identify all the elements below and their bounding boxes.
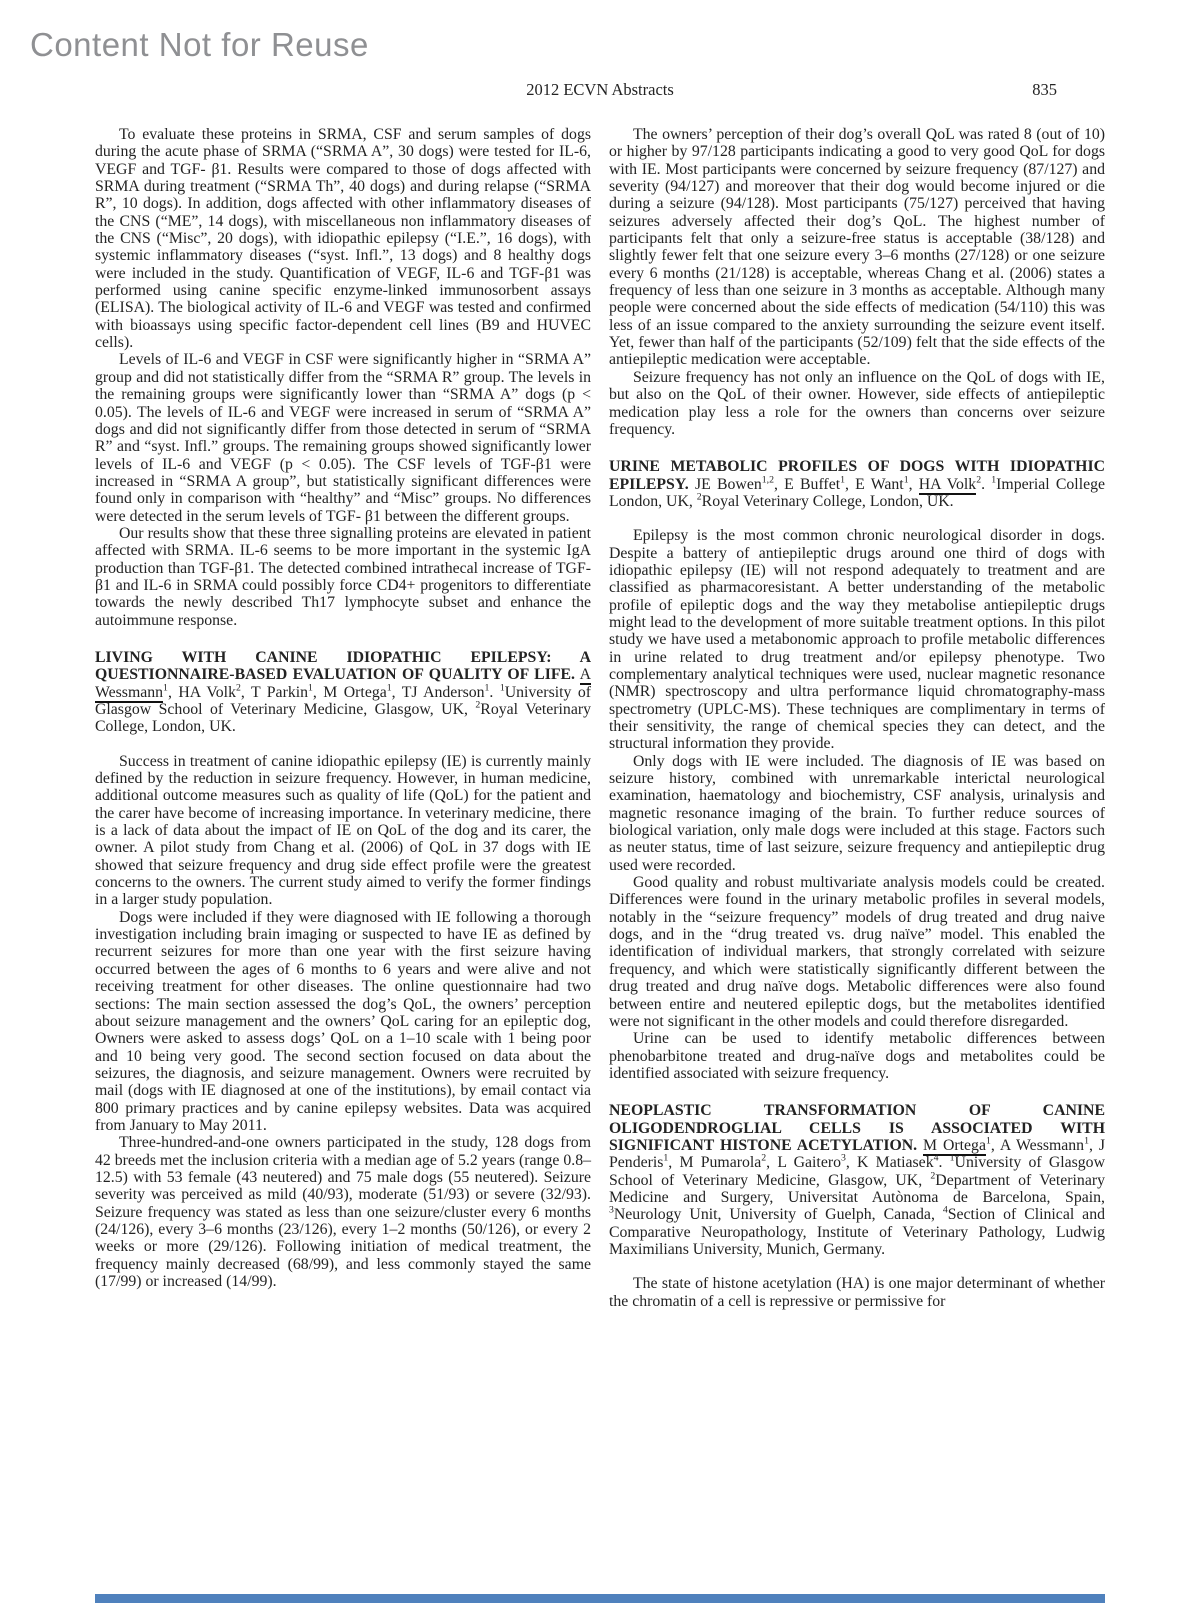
two-column-content: To evaluate these proteins in SRMA, CSF … <box>95 126 1105 1310</box>
page: { "watermark": "Content Not for Reuse", … <box>0 0 1200 1605</box>
paragraph: Dogs were included if they were diagnose… <box>95 909 591 1134</box>
page-number: 835 <box>1032 80 1057 100</box>
paragraph: Good quality and robust multivariate ana… <box>609 874 1105 1030</box>
abstract-heading: LIVING WITH CANINE IDIOPATHIC EPILEPSY: … <box>95 649 591 736</box>
paragraph: Only dogs with IE were included. The dia… <box>609 753 1105 874</box>
paragraph: To evaluate these proteins in SRMA, CSF … <box>95 126 591 351</box>
abstract-heading: NEOPLASTIC TRANSFORMATION OF CANINE OLIG… <box>609 1102 1105 1258</box>
paragraph: Levels of IL-6 and VEGF in CSF were sign… <box>95 351 591 524</box>
watermark-text: Content Not for Reuse <box>30 26 369 64</box>
page-header: 2012 ECVN Abstracts 835 <box>95 80 1105 100</box>
journal-title: 2012 ECVN Abstracts <box>95 80 1105 100</box>
paragraph: Our results show that these three signal… <box>95 525 591 629</box>
paragraph: Urine can be used to identify metabolic … <box>609 1030 1105 1082</box>
column-right: The owners’ perception of their dog’s ov… <box>609 126 1105 1310</box>
abstract-heading: URINE METABOLIC PROFILES OF DOGS WITH ID… <box>609 458 1105 510</box>
paragraph: Epilepsy is the most common chronic neur… <box>609 527 1105 752</box>
footer-accent-bar <box>95 1594 1105 1603</box>
paragraph: Three-hundred-and-one owners participate… <box>95 1134 591 1290</box>
paragraph: The state of histone acetylation (HA) is… <box>609 1275 1105 1310</box>
column-left: To evaluate these proteins in SRMA, CSF … <box>95 126 591 1310</box>
paragraph: The owners’ perception of their dog’s ov… <box>609 126 1105 369</box>
paragraph: Seizure frequency has not only an influe… <box>609 369 1105 438</box>
paragraph: Success in treatment of canine idiopathi… <box>95 753 591 909</box>
